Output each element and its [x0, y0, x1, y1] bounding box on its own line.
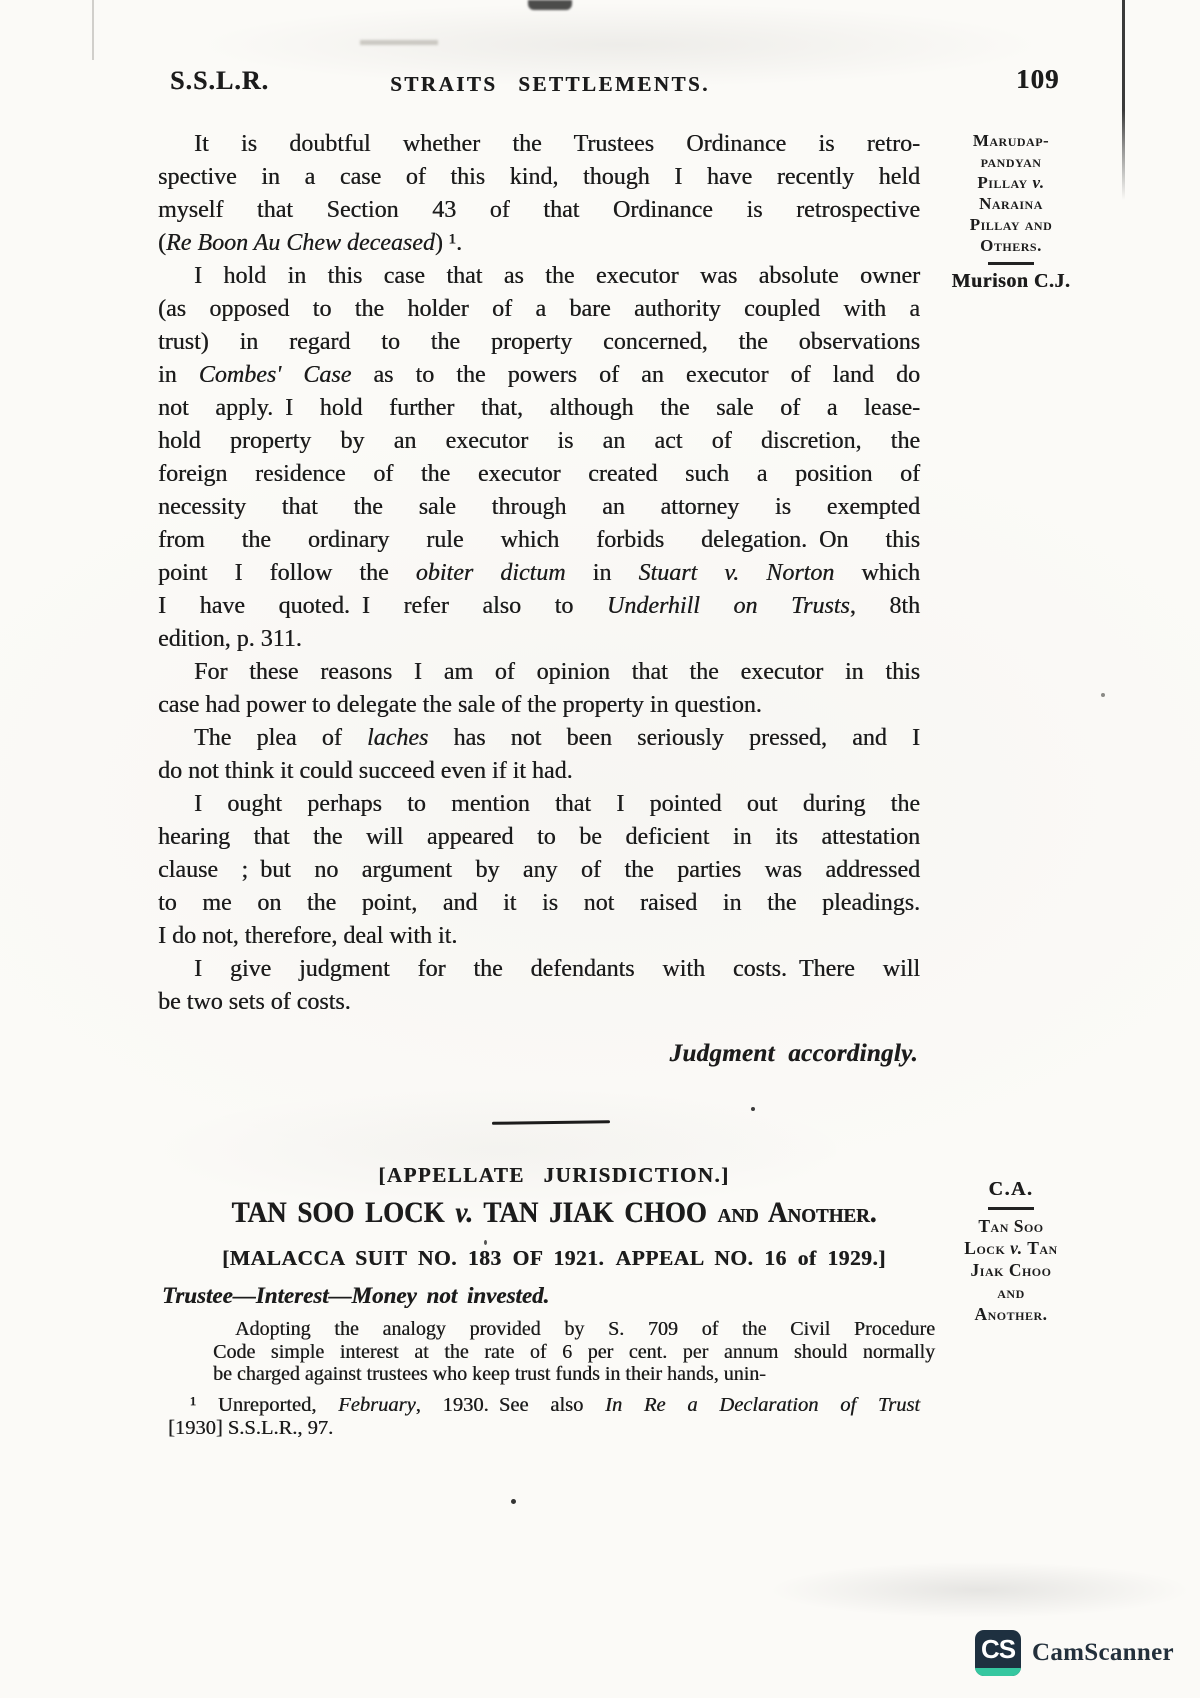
case2-catchwords: Trustee—Interest—Money not invested.: [162, 1283, 549, 1309]
text-line: Tan Soo: [936, 1215, 1086, 1237]
scan-streak-top: [360, 40, 438, 45]
text-line: spective in a case of this kind, though …: [158, 161, 920, 194]
text-line: It is doubtful whether the Trustees Ordi…: [158, 128, 920, 161]
case2-margin-note: C.A. Tan SooLock v. TanJiak ChooandAnoth…: [936, 1178, 1086, 1325]
paragraph: It is doubtful whether the Trustees Ordi…: [158, 128, 920, 260]
scan-smudge-top: [528, 0, 572, 10]
running-title: STRAITS SETTLEMENTS.: [250, 72, 850, 97]
text-line: Lock v. Tan: [936, 1237, 1086, 1259]
text-line: I have quoted. I refer also to Underhill…: [158, 590, 920, 623]
text-line: (Re Boon Au Chew deceased) ¹.: [158, 227, 920, 260]
text-line: I ought perhaps to mention that I pointe…: [158, 788, 920, 821]
judgment-body-text: It is doubtful whether the Trustees Ordi…: [158, 128, 920, 1019]
scan-line-left: [92, 0, 94, 60]
scan-speck-4: [484, 1240, 487, 1245]
text-line: Marudap-: [936, 130, 1086, 151]
text-line: ¹ Unreported, February, 1930. See also I…: [168, 1394, 920, 1417]
camscanner-logo-icon: CS: [975, 1630, 1021, 1676]
text-line: Another.: [936, 1303, 1086, 1325]
camscanner-logo-text: CS: [981, 1634, 1015, 1665]
text-line: be two sets of costs.: [158, 986, 920, 1019]
paragraph: The plea of laches has not been seriousl…: [158, 722, 920, 788]
text-line: from the ordinary rule which forbids del…: [158, 524, 920, 557]
case2-headnote: Adopting the analogy provided by S. 709 …: [213, 1318, 935, 1386]
camscanner-brand-name: CamScanner: [1032, 1639, 1174, 1667]
text-line: Adopting the analogy provided by S. 709 …: [213, 1318, 935, 1341]
scan-line-right: [1122, 0, 1125, 200]
text-line: not apply. I hold further that, although…: [158, 392, 920, 425]
text-line: clause ; but no argument by any of the p…: [158, 854, 920, 887]
margin-rule: [988, 262, 1034, 265]
text-line: edition, p. 311.: [158, 623, 920, 656]
text-line: (as opposed to the holder of a bare auth…: [158, 293, 920, 326]
text-line: I do not, therefore, deal with it.: [158, 920, 920, 953]
paragraph: I hold in this case that as the executor…: [158, 260, 920, 656]
case2-margin-title: Tan SooLock v. TanJiak ChooandAnother.: [936, 1215, 1086, 1325]
text-line: trust) in regard to the property concern…: [158, 326, 920, 359]
text-line: and: [936, 1281, 1086, 1303]
text-line: pandyan: [936, 151, 1086, 172]
text-line: The plea of laches has not been seriousl…: [158, 722, 920, 755]
text-line: Pillay v.: [936, 172, 1086, 193]
text-line: hearing that the will appeared to be def…: [158, 821, 920, 854]
text-line: Pillay and: [936, 214, 1086, 235]
text-line: I hold in this case that as the executor…: [158, 260, 920, 293]
camscanner-watermark: CS CamScanner: [975, 1630, 1174, 1676]
scan-speck-1: [751, 1107, 755, 1111]
camscanner-logo-accent-bar: [975, 1668, 1021, 1676]
jurisdiction-heading: [APPELLATE JURISDICTION.]: [158, 1163, 950, 1188]
text-line: I give judgment for the defendants with …: [158, 953, 920, 986]
text-line: be charged against trustees who keep tru…: [213, 1363, 935, 1386]
text-line: Naraina: [936, 193, 1086, 214]
text-line: point I follow the obiter dictum in Stua…: [158, 557, 920, 590]
case2-suit-line: [MALACCA SUIT NO. 183 OF 1921. APPEAL NO…: [158, 1246, 950, 1271]
footnote: ¹ Unreported, February, 1930. See also I…: [168, 1394, 920, 1439]
text-line: necessity that the sale through an attor…: [158, 491, 920, 524]
text-line: foreign residence of the executor create…: [158, 458, 920, 491]
text-line: For these reasons I am of opinion that t…: [158, 656, 920, 689]
judgment-tagline: Judgment accordingly.: [670, 1040, 918, 1068]
text-line: do not think it could succeed even if it…: [158, 755, 920, 788]
section-divider-rule: [492, 1120, 610, 1125]
text-line: Code simple interest at the rate of 6 pe…: [213, 1341, 935, 1364]
text-line: myself that Section 43 of that Ordinance…: [158, 194, 920, 227]
case1-margin-note: Marudap-pandyanPillay v.NarainaPillay an…: [936, 130, 1086, 293]
text-line: [1930] S.S.L.R., 97.: [168, 1417, 920, 1440]
margin-rule: [988, 1207, 1034, 1210]
scan-speck-3: [511, 1499, 516, 1504]
text-line: in Combes' Case as to the powers of an e…: [158, 359, 920, 392]
case1-margin-title: Marudap-pandyanPillay v.NarainaPillay an…: [936, 130, 1086, 256]
text-line: Jiak Choo: [936, 1259, 1086, 1281]
scan-speck-2: [1101, 693, 1105, 697]
text-line: to me on the point, and it is not raised…: [158, 887, 920, 920]
scanned-page: S.S.L.R. STRAITS SETTLEMENTS. 109 Maruda…: [0, 0, 1200, 1698]
text-line: case had power to delegate the sale of t…: [158, 689, 920, 722]
paragraph: I ought perhaps to mention that I pointe…: [158, 788, 920, 953]
page-number: 109: [1016, 64, 1060, 95]
text-line: hold property by an executor is an act o…: [158, 425, 920, 458]
court-abbreviation: C.A.: [936, 1178, 1086, 1201]
judge-name: Murison C.J.: [936, 270, 1086, 293]
paragraph: I give judgment for the defendants with …: [158, 953, 920, 1019]
case2-title: TAN SOO LOCK v. TAN JIAK CHOO and Anothe…: [158, 1196, 950, 1229]
text-line: Others.: [936, 235, 1086, 256]
paragraph: For these reasons I am of opinion that t…: [158, 656, 920, 722]
